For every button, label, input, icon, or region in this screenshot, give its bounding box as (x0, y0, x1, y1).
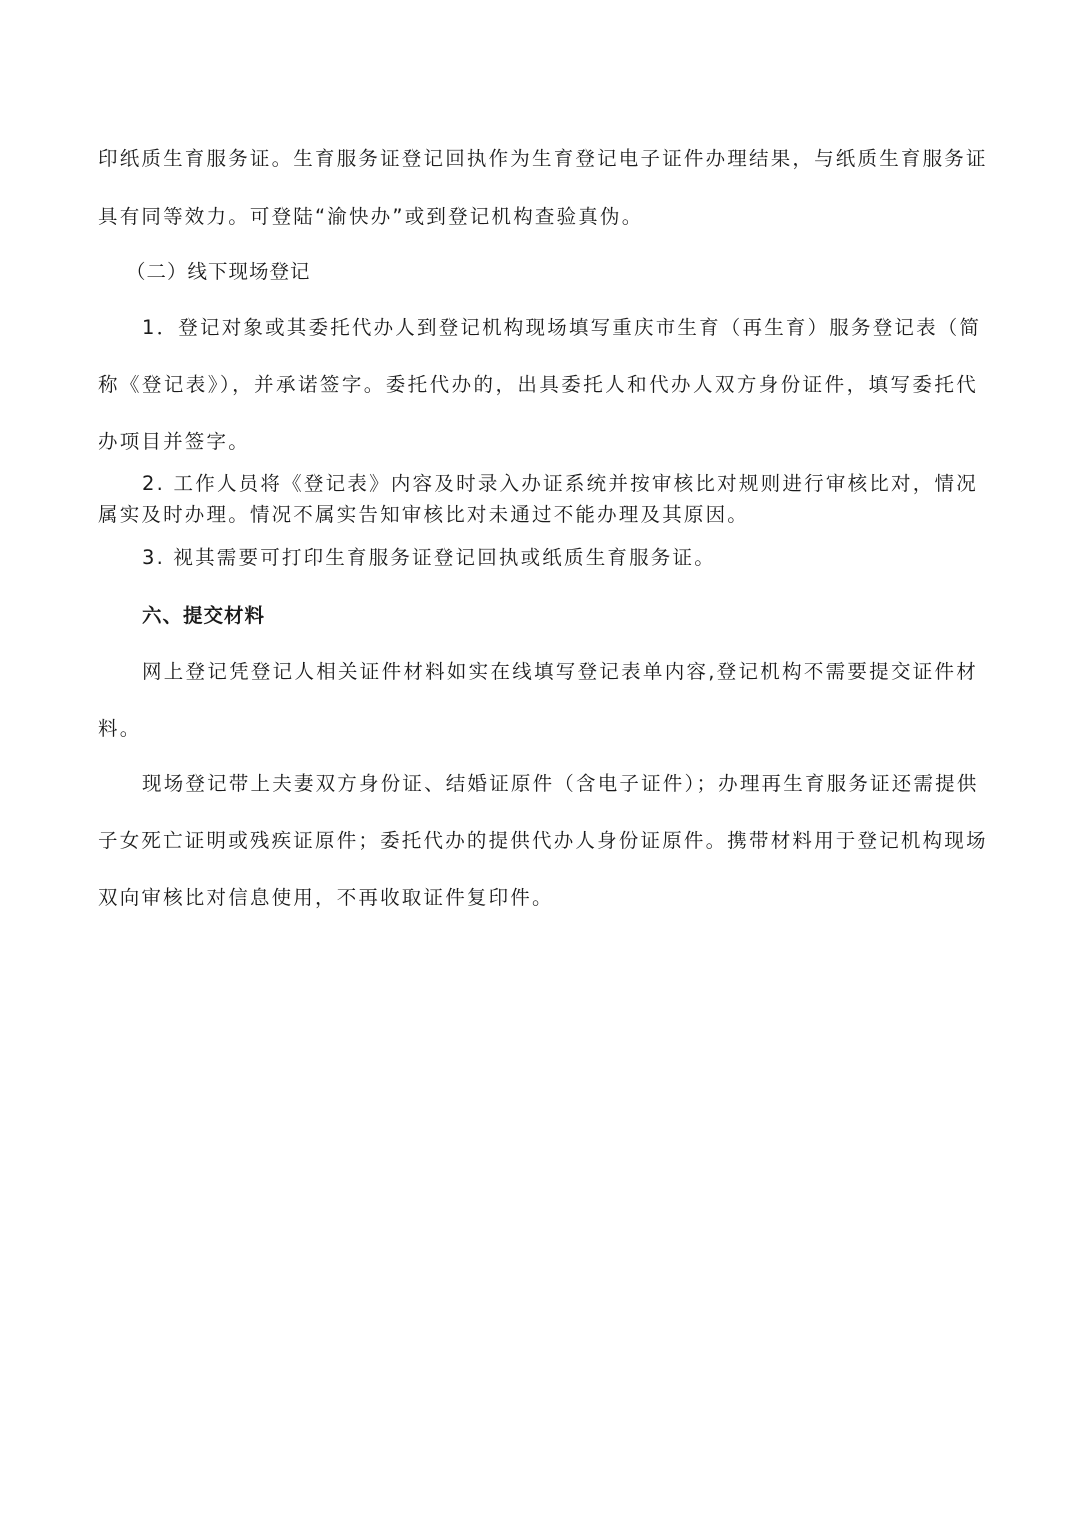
document-page: 印纸质生育服务证。生育服务证登记回执作为生育登记电子证件办理结果，与纸质生育服务… (0, 0, 1074, 1520)
list-item-line: 2. 工作人员将《登记表》内容及时录入办证系统并按审核比对规则进行审核比对，情况 (142, 472, 978, 496)
paragraph-line: 印纸质生育服务证。生育服务证登记回执作为生育登记电子证件办理结果，与纸质生育服务… (98, 147, 978, 171)
paragraph-line: 料。 (98, 717, 978, 741)
paragraph-line: 现场登记带上夫妻双方身份证、结婚证原件（含电子证件）；办理再生育服务证还需提供 (142, 772, 978, 796)
list-item-line: 办项目并签字。 (98, 430, 978, 454)
section-heading: 六、提交材料 (142, 604, 442, 628)
list-item-line: 属实及时办理。情况不属实告知审核比对未通过不能办理及其原因。 (98, 503, 978, 527)
list-item-line: 称《登记表》），并承诺签字。委托代办的，出具委托人和代办人双方身份证件，填写委托… (98, 373, 978, 397)
paragraph-line: 双向审核比对信息使用，不再收取证件复印件。 (98, 886, 978, 910)
paragraph-line: 具有同等效力。可登陆“渝快办”或到登记机构查验真伪。 (98, 205, 978, 229)
list-item-line: 3. 视其需要可打印生育服务证登记回执或纸质生育服务证。 (142, 546, 978, 570)
section-subheading: （二）线下现场登记 (126, 260, 426, 284)
paragraph-line: 子女死亡证明或残疾证原件；委托代办的提供代办人身份证原件。携带材料用于登记机构现… (98, 829, 978, 853)
list-item-line: 1．登记对象或其委托代办人到登记机构现场填写重庆市生育（再生育）服务登记表（简 (142, 316, 978, 340)
paragraph-line: 网上登记凭登记人相关证件材料如实在线填写登记表单内容,登记机构不需要提交证件材 (142, 660, 978, 684)
